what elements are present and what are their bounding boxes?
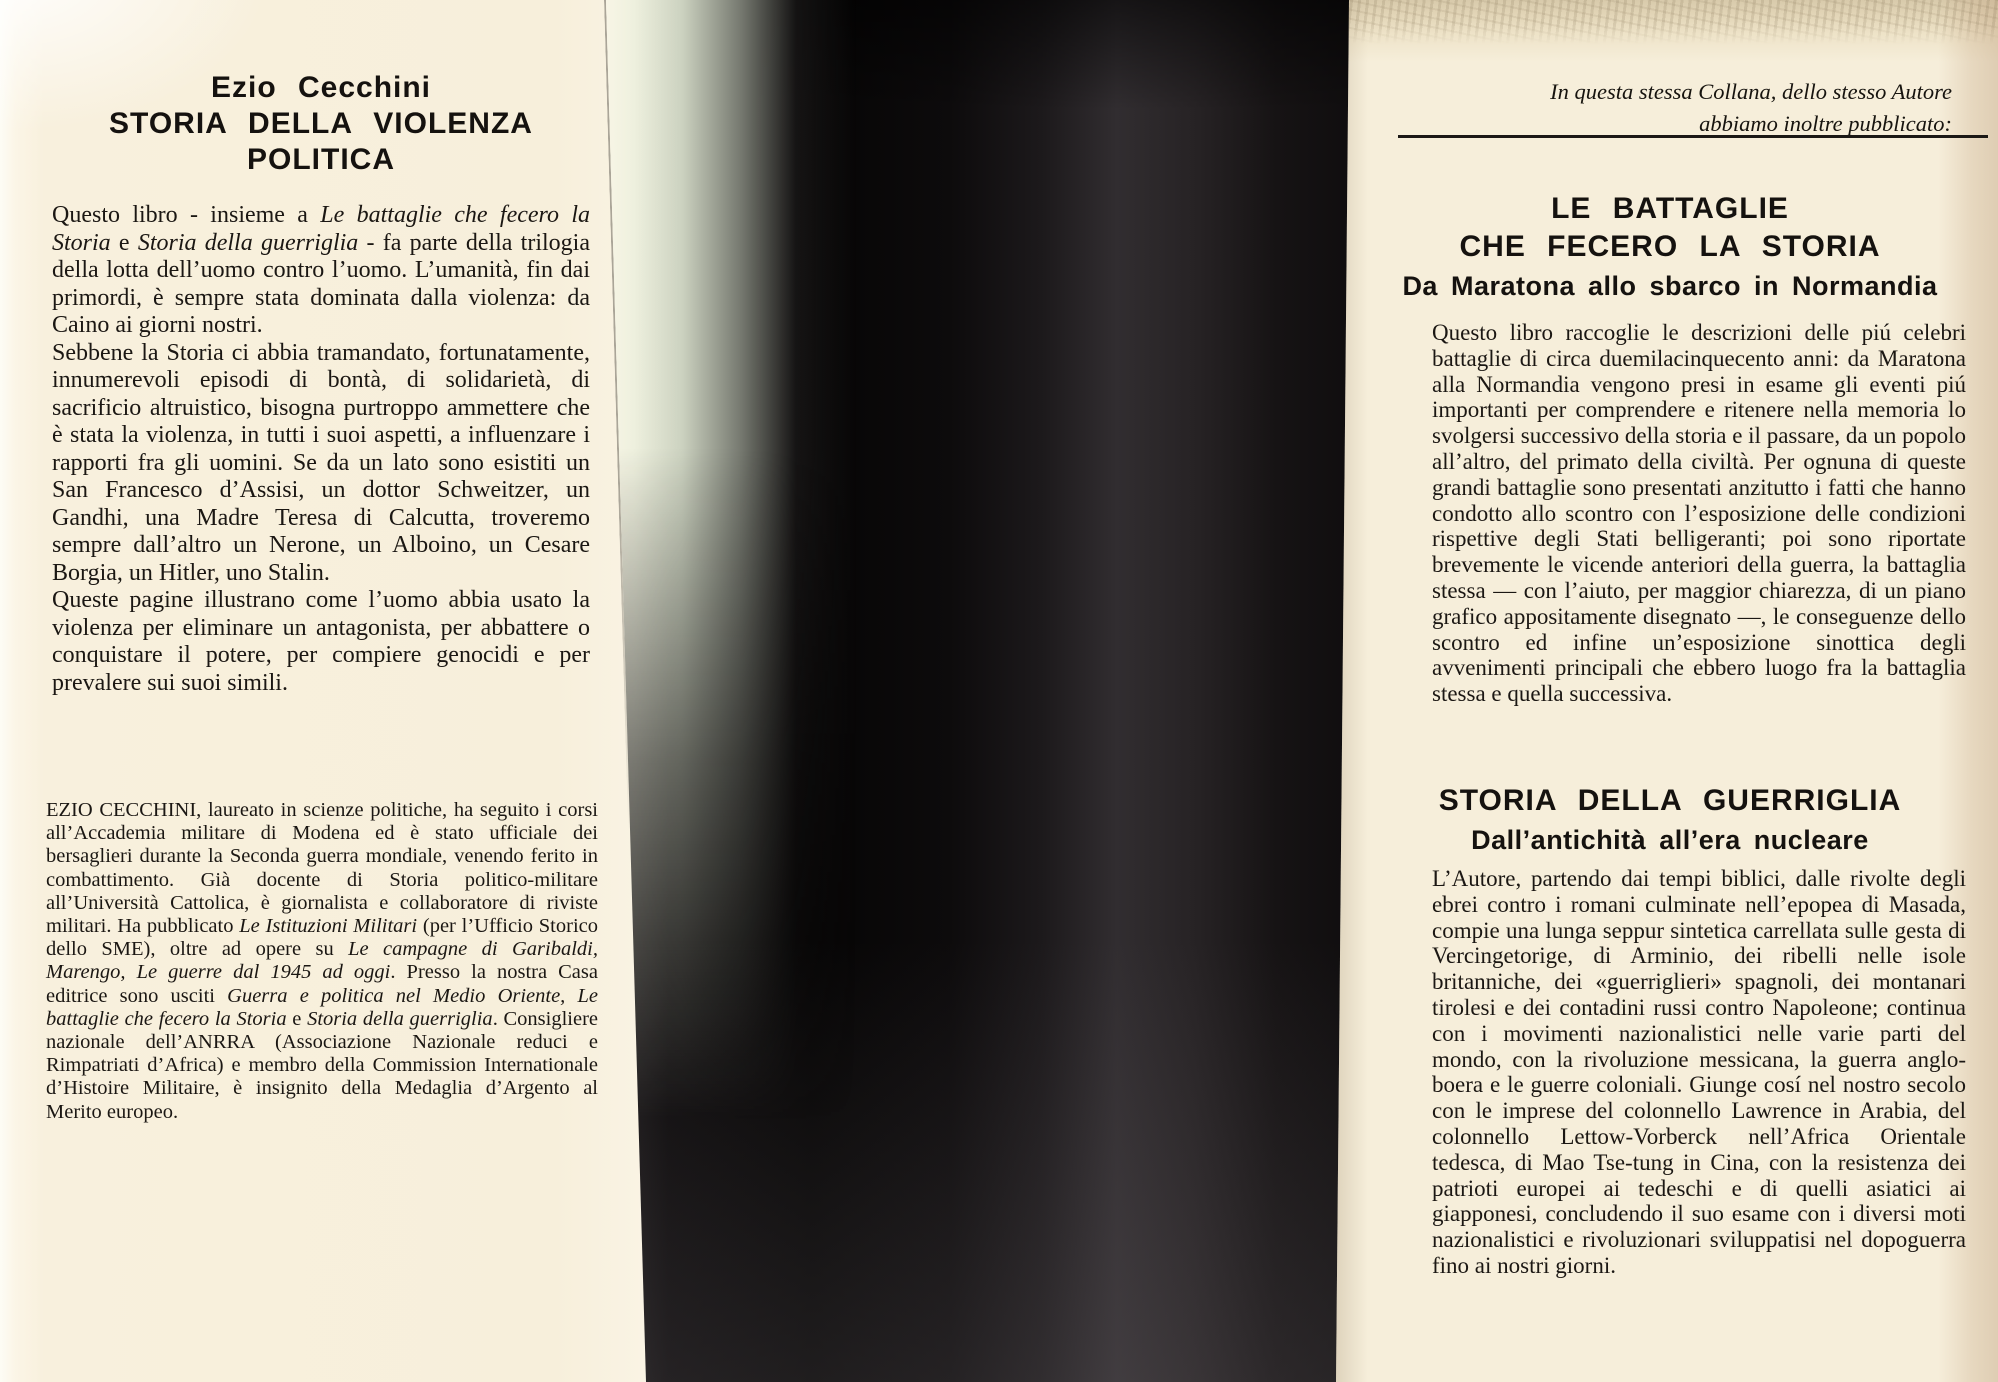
author-bio: EZIO CECCHINI, laureato in scienze polit… [46,799,598,1124]
series-note-line1: In questa stessa Collana, dello stesso A… [1550,79,1952,104]
book2-subtitle: Dall’antichità all’era nucleare [1386,820,1954,860]
book-main-title-line1: STORIA DELLA VIOLENZA [52,106,590,142]
right-flap-page: In questa stessa Collana, dello stesso A… [1334,0,1998,1382]
author-name: Ezio Cecchini [52,70,590,106]
left-paragraph-2: Sebbene la Storia ci abbia tramandato, f… [52,340,590,588]
book-jacket-scan: Ezio Cecchini STORIA DELLA VIOLENZA POLI… [0,0,1998,1382]
book2-title-line1: STORIA DELLA GUERRIGLIA [1386,782,1954,820]
left-paragraph-1: Questo libro - insieme a Le battaglie ch… [52,202,590,340]
book2-description: L’Autore, partendo dai tempi biblici, da… [1432,866,1966,1279]
book1-subtitle: Da Maratona allo sbarco in Normandia [1386,266,1954,306]
left-flap-content: Ezio Cecchini STORIA DELLA VIOLENZA POLI… [52,70,590,697]
gutter-light-glow [598,0,898,1120]
series-note-line2: abbiamo inoltre pubblicato: [1699,111,1952,136]
series-note: In questa stessa Collana, dello stesso A… [1432,76,1952,140]
left-flap-blurb: Questo libro - insieme a Le battaglie ch… [52,202,590,697]
left-flap-page: Ezio Cecchini STORIA DELLA VIOLENZA POLI… [0,0,654,1382]
book1-title-line1: LE BATTAGLIE [1386,190,1954,228]
book1-description: Questo libro raccoglie le descrizioni de… [1432,320,1966,707]
divider-rule [1398,135,1988,138]
left-paragraph-3: Queste pagine illustrano come l’uomo abb… [52,587,590,697]
book2-title-block: STORIA DELLA GUERRIGLIA Dall’antichità a… [1386,782,1954,860]
book1-title-line2: CHE FECERO LA STORIA [1386,228,1954,266]
book-main-title-line2: POLITICA [52,142,590,178]
book1-title-block: LE BATTAGLIE CHE FECERO LA STORIA Da Mar… [1386,190,1954,306]
page-top-texture [1334,0,1998,44]
